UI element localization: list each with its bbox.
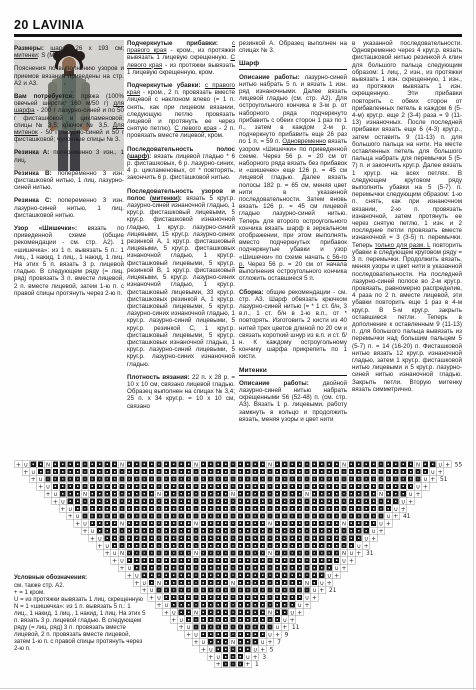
svg-text:+: + — [364, 543, 369, 550]
svg-text:∪: ∪ — [349, 550, 353, 557]
svg-text:N: N — [120, 522, 124, 528]
svg-text:N: N — [194, 462, 198, 468]
svg-text:∪: ∪ — [209, 646, 213, 653]
svg-text:N: N — [305, 581, 309, 587]
svg-text:+: + — [23, 469, 28, 476]
svg-text:∪: ∪ — [149, 587, 153, 594]
svg-text:+: + — [260, 646, 265, 653]
page-edge-right — [473, 0, 474, 690]
svg-text:+: + — [445, 461, 450, 468]
legend-line: + = 1 кром. — [14, 589, 146, 596]
svg-text:∪: ∪ — [357, 543, 361, 550]
chart-row: +∪∪+ — [126, 572, 341, 580]
svg-text:1: 1 — [255, 662, 259, 668]
svg-text:N: N — [305, 492, 309, 498]
paragraph: Подчеркнутые прибавки: с правого края - … — [127, 40, 235, 76]
svg-text:+: + — [245, 661, 250, 668]
svg-text:+: + — [38, 484, 43, 491]
chart-legend: Условные обозначения: см. также стр. А2.… — [14, 574, 146, 652]
svg-text:∪: ∪ — [438, 461, 442, 468]
svg-text:∪: ∪ — [112, 550, 116, 557]
svg-text:+: + — [304, 602, 309, 609]
chart-row: +∪∪+ — [81, 527, 384, 535]
svg-text:3: 3 — [262, 655, 266, 661]
chart-row: +∪NNNNN∪+ — [44, 490, 421, 498]
chart-row: +∪∪+ — [118, 564, 347, 572]
paragraph: резинкой А. Образец выполнен на спицах №… — [239, 40, 347, 54]
svg-text:+: + — [186, 632, 191, 639]
svg-text:N: N — [231, 492, 235, 498]
svg-text:N: N — [416, 462, 420, 468]
svg-text:∪: ∪ — [423, 476, 427, 483]
svg-text:∪: ∪ — [394, 506, 398, 513]
svg-text:∪: ∪ — [201, 639, 205, 646]
svg-text:+: + — [356, 550, 361, 557]
svg-text:∪: ∪ — [290, 609, 294, 616]
svg-text:∪: ∪ — [120, 558, 124, 565]
svg-text:N: N — [268, 462, 272, 468]
header-rule — [14, 34, 462, 37]
legend-line: см. также стр. А2. — [14, 582, 146, 589]
chart-row: +∪∪+ — [52, 498, 415, 506]
svg-text:∪: ∪ — [98, 535, 102, 542]
svg-text:+: + — [282, 624, 287, 631]
svg-text:N: N — [268, 610, 272, 616]
svg-text:∪: ∪ — [275, 624, 279, 631]
svg-text:+: + — [156, 602, 161, 609]
svg-text:+: + — [82, 528, 87, 535]
svg-text:+: + — [312, 595, 317, 602]
legend-line: U = из протяжки вывязать 1 лиц. скрещенн… — [14, 596, 146, 603]
section-heading: Шарф — [239, 60, 347, 69]
svg-text:+: + — [267, 639, 272, 646]
svg-text:+: + — [393, 513, 398, 520]
svg-text:+: + — [201, 646, 206, 653]
paragraph: Подчеркнутые убавки: с правого края - кр… — [127, 82, 235, 140]
svg-text:+: + — [297, 609, 302, 616]
svg-text:+: + — [97, 543, 102, 550]
svg-text:N: N — [342, 551, 346, 557]
svg-text:∪: ∪ — [164, 602, 168, 609]
svg-text:21: 21 — [329, 588, 337, 594]
magazine-page: 20 LAVINIA Размеры: шарф: 26 х 193 см; м… — [0, 0, 476, 690]
text-column-2: Подчеркнутые прибавки: с правого края - … — [127, 40, 235, 462]
svg-text:55: 55 — [455, 462, 463, 468]
chart-row: +∪∪+ — [170, 616, 296, 624]
svg-text:∪: ∪ — [320, 580, 324, 587]
chart-row: +∪NNNN∪+31 — [104, 549, 374, 557]
svg-text:∪: ∪ — [416, 484, 420, 491]
svg-text:+: + — [179, 624, 184, 631]
svg-text:N: N — [194, 551, 198, 557]
svg-text:+: + — [408, 498, 413, 505]
chart-row: +∪∪+ — [155, 601, 310, 609]
svg-text:∪: ∪ — [260, 639, 264, 646]
svg-text:∪: ∪ — [31, 469, 35, 476]
svg-text:∪: ∪ — [408, 491, 412, 498]
paragraph: Резинка С: попеременно 3 изн. лазурно-си… — [14, 197, 124, 219]
text-column-1: Размеры: шарф: 26 х 193 см; митенки: S (… — [14, 40, 124, 464]
chart-row: +∪∪+ — [111, 557, 355, 565]
svg-text:N: N — [194, 522, 198, 528]
svg-text:+: + — [68, 513, 73, 520]
svg-text:∪: ∪ — [61, 498, 65, 505]
svg-text:∪: ∪ — [379, 521, 383, 528]
legend-lines: см. также стр. А2.+ = 1 кром.U = из прот… — [14, 582, 146, 652]
paragraph: Последовательность полос (шарф): вязать … — [127, 146, 235, 182]
svg-text:+: + — [253, 654, 258, 661]
svg-text:+: + — [438, 469, 443, 476]
svg-text:+: + — [334, 572, 339, 579]
svg-text:9: 9 — [285, 633, 289, 639]
paragraph: Резинка А: попеременно 3 изн., 1 лиц. — [14, 149, 124, 163]
svg-text:+: + — [349, 558, 354, 565]
svg-text:+: + — [327, 580, 332, 587]
chart-row: +∪∪+41 — [67, 512, 411, 520]
svg-text:∪: ∪ — [334, 565, 338, 572]
chart-row: +∪∪+3 — [207, 653, 266, 661]
svg-text:+: + — [386, 521, 391, 528]
svg-text:∪: ∪ — [53, 491, 57, 498]
svg-text:+: + — [119, 565, 124, 572]
svg-text:∪: ∪ — [68, 506, 72, 513]
chart-row: +∪∪+5 — [200, 646, 274, 654]
paragraph: Вам потребуется: пряжа (100% овечьей шер… — [14, 93, 124, 143]
svg-text:N: N — [194, 610, 198, 616]
svg-text:+: + — [164, 609, 169, 616]
svg-text:+: + — [290, 617, 295, 624]
svg-text:N: N — [231, 640, 235, 646]
svg-text:N: N — [83, 492, 87, 498]
svg-text:∪: ∪ — [90, 528, 94, 535]
chart-row: +∪∪+21 — [141, 586, 337, 594]
svg-text:N: N — [231, 581, 235, 587]
svg-text:∪: ∪ — [312, 587, 316, 594]
svg-text:∪: ∪ — [83, 521, 87, 528]
chart-row: ++1 — [215, 660, 260, 668]
svg-text:∪: ∪ — [157, 595, 161, 602]
chart-row: +∪∪+9 — [185, 631, 289, 639]
svg-text:∪: ∪ — [305, 595, 309, 602]
chart-row: +∪∪+ — [37, 483, 429, 491]
chart-row: +∪∪+ — [89, 535, 378, 543]
svg-text:+: + — [319, 587, 324, 594]
legend-line: N = 1 «шишечка»: из 1 п. вывязать 5 п.: … — [14, 603, 146, 652]
svg-text:+: + — [112, 558, 117, 565]
chart-row: +∪∪+ — [96, 542, 370, 550]
paragraph: Пояснения по выполнению узоров и приемов… — [14, 65, 124, 87]
svg-text:31: 31 — [366, 551, 374, 557]
svg-text:∪: ∪ — [179, 617, 183, 624]
svg-text:7: 7 — [277, 640, 281, 646]
chart-row: +∪∪+51 — [30, 475, 448, 483]
svg-text:∪: ∪ — [105, 543, 109, 550]
svg-text:+: + — [31, 476, 36, 483]
svg-text:+: + — [208, 654, 213, 661]
svg-text:N: N — [379, 492, 383, 498]
svg-text:+: + — [401, 506, 406, 513]
svg-text:∪: ∪ — [127, 565, 131, 572]
svg-text:∪: ∪ — [297, 602, 301, 609]
svg-text:N: N — [268, 522, 272, 528]
svg-text:∪: ∪ — [172, 609, 176, 616]
chart-row: +∪NN∪+ — [163, 609, 304, 617]
paragraph: Размеры: шарф: 26 х 193 см; митенки: S (… — [14, 45, 124, 59]
text-column-3: резинкой А. Образец выполнен на спицах №… — [239, 40, 347, 460]
svg-text:+: + — [430, 476, 435, 483]
chart-row: +∪∪+11 — [178, 623, 300, 631]
svg-text:∪: ∪ — [75, 513, 79, 520]
svg-text:∪: ∪ — [216, 654, 220, 661]
svg-text:5: 5 — [270, 647, 274, 653]
chart-row: +∪∪+ — [59, 505, 407, 513]
svg-text:∪: ∪ — [194, 632, 198, 639]
svg-text:∪: ∪ — [327, 572, 331, 579]
svg-text:N: N — [268, 551, 272, 557]
svg-text:+: + — [105, 550, 110, 557]
svg-text:+: + — [371, 535, 376, 542]
chart-row: +∪∪+ — [22, 468, 444, 476]
paragraph: Плотность вязания: 22 п. х 28 р. = 10 х … — [127, 374, 235, 410]
svg-text:N: N — [157, 492, 161, 498]
svg-text:∪: ∪ — [431, 469, 435, 476]
chart-row: +∪NNNN∪+ — [74, 520, 392, 528]
svg-text:N: N — [157, 581, 161, 587]
svg-text:∪: ∪ — [38, 476, 42, 483]
svg-text:+: + — [193, 639, 198, 646]
svg-text:∪: ∪ — [186, 624, 190, 631]
svg-text:∪: ∪ — [253, 646, 257, 653]
svg-text:N: N — [342, 522, 346, 528]
svg-text:51: 51 — [440, 477, 448, 483]
svg-text:∪: ∪ — [246, 654, 250, 661]
page-header: 20 LAVINIA — [14, 18, 462, 37]
svg-text:∪: ∪ — [283, 617, 287, 624]
svg-text:+: + — [378, 528, 383, 535]
section-heading: Митенки — [239, 367, 347, 376]
text-column-4: в указанной последовательности. Одноврем… — [352, 40, 462, 460]
chart-row: +∪NNN∪+ — [133, 579, 333, 587]
svg-text:+: + — [53, 498, 58, 505]
chart-row: +∪N∪+7 — [192, 638, 281, 646]
chart-row: +∪∪+ — [148, 594, 318, 602]
svg-text:N: N — [120, 551, 124, 557]
svg-text:+: + — [60, 506, 65, 513]
svg-text:+: + — [90, 535, 95, 542]
svg-text:∪: ∪ — [401, 498, 405, 505]
paragraph: Сборка: общие рекомендации - см. стр. А3… — [239, 289, 347, 361]
svg-text:∪: ∪ — [364, 535, 368, 542]
svg-text:11: 11 — [292, 625, 300, 631]
svg-text:+: + — [45, 491, 50, 498]
legend-title: Условные обозначения: — [14, 574, 146, 581]
paragraph: Описание работы: двойной лазурно-синей н… — [239, 380, 347, 423]
svg-text:∪: ∪ — [371, 528, 375, 535]
svg-text:N: N — [342, 462, 346, 468]
svg-text:+: + — [341, 565, 346, 572]
svg-text:∪: ∪ — [386, 513, 390, 520]
paragraph: в указанной последовательности. Одноврем… — [352, 40, 462, 393]
svg-text:+: + — [216, 661, 221, 668]
svg-text:+: + — [171, 617, 176, 624]
svg-text:+: + — [75, 521, 80, 528]
svg-text:+: + — [423, 484, 428, 491]
paragraph: Резинка В: попеременно 3 изн. фисташково… — [14, 170, 124, 192]
paragraph: Узор «Шишечки»: вязать по приведенной сх… — [14, 225, 124, 297]
svg-text:41: 41 — [403, 514, 411, 520]
svg-text:∪: ∪ — [268, 632, 272, 639]
svg-text:∪: ∪ — [46, 484, 50, 491]
page-title: 20 LAVINIA — [14, 18, 462, 32]
page-edge-bottom — [0, 688, 476, 689]
svg-text:+: + — [275, 632, 280, 639]
svg-text:+: + — [415, 491, 420, 498]
svg-text:∪: ∪ — [342, 558, 346, 565]
paragraph: Последовательность узоров и полос (митен… — [127, 188, 235, 368]
paragraph: Описание работы: лазурно-синей нитью наб… — [239, 74, 347, 283]
svg-text:+: + — [149, 595, 154, 602]
